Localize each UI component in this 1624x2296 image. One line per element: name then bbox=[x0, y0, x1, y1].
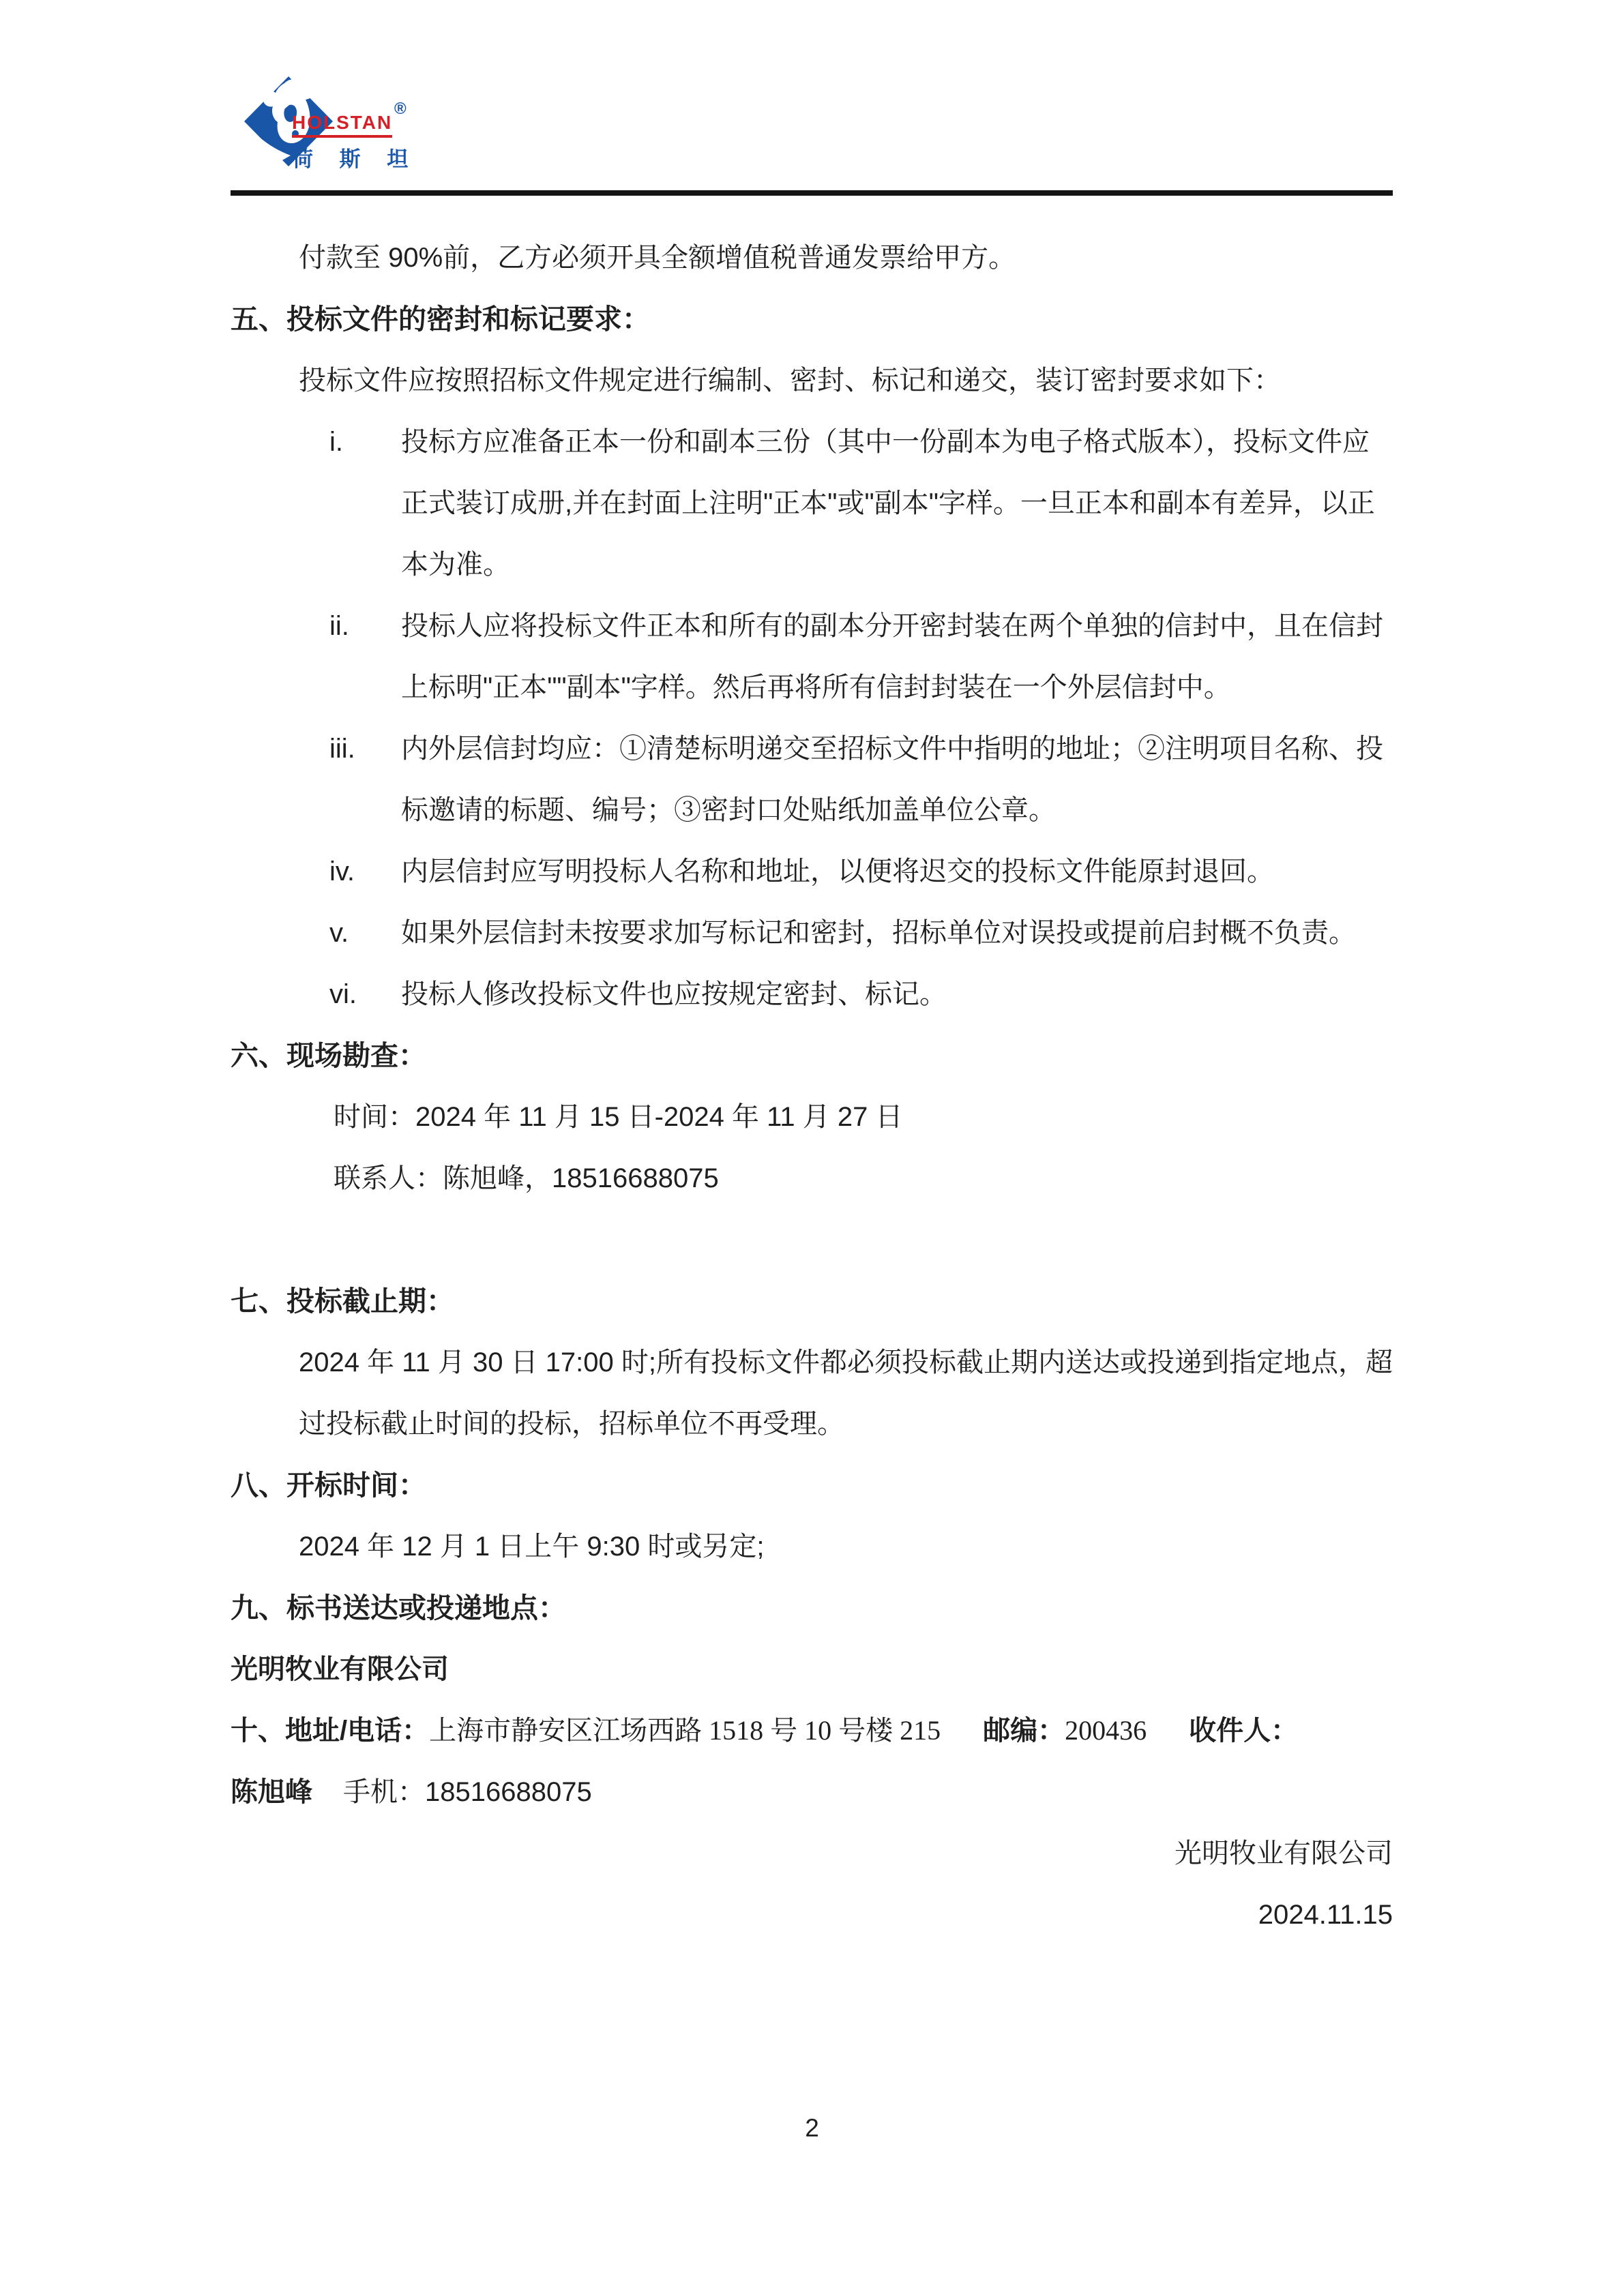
section7-heading: 七、投标截止期： bbox=[231, 1270, 1393, 1332]
intro-paragraph: 付款至 90%前，乙方必须开具全额增值税普通发票给甲方。 bbox=[231, 227, 1393, 288]
zip-value: 200436 bbox=[1065, 1715, 1147, 1746]
registered-trademark-icon: ® bbox=[394, 100, 407, 119]
list-item: iii. 内外层信封均应：①清楚标明递交至招标文件中指明的地址；②注明项目名称、… bbox=[231, 718, 1393, 841]
list-item-text: 投标方应准备正本一份和副本三份（其中一份副本为电子格式版本），投标文件应正式装订… bbox=[401, 411, 1393, 595]
brand-name-en: HOLSTAN bbox=[292, 112, 392, 138]
list-item-text: 如果外层信封未按要求加写标记和密封，招标单位对误投或提前启封概不负责。 bbox=[401, 902, 1393, 964]
holstan-logo: HOLSTAN ® 荷 斯 坦 bbox=[241, 74, 535, 173]
brand-name-zh: 荷 斯 坦 bbox=[292, 142, 497, 173]
blank-line bbox=[231, 1209, 1393, 1270]
list-item: iv. 内层信封应写明投标人名称和地址，以便将迟交的投标文件能原封退回。 bbox=[231, 841, 1393, 902]
section9-heading: 九、标书送达或投递地点： bbox=[231, 1577, 1393, 1639]
list-item: i. 投标方应准备正本一份和副本三份（其中一份副本为电子格式版本），投标文件应正… bbox=[231, 411, 1393, 595]
list-item-number: v. bbox=[231, 902, 401, 964]
section10-label: 十、地址/电话： bbox=[231, 1716, 429, 1746]
list-item-number: i. bbox=[231, 411, 401, 595]
section8-body: 2024 年 12 月 1 日上午 9:30 时或另定; bbox=[231, 1516, 1393, 1577]
list-item-number: ii. bbox=[231, 595, 401, 718]
list-item-text: 内外层信封均应：①清楚标明递交至招标文件中指明的地址；②注明项目名称、投标邀请的… bbox=[401, 718, 1393, 841]
recipient-label: 收件人： bbox=[1189, 1716, 1298, 1746]
logo-text: HOLSTAN ® 荷 斯 坦 bbox=[292, 112, 497, 173]
section10-address-line: 十、地址/电话：上海市静安区江场西路 1518 号 10 号楼 215邮编：20… bbox=[231, 1700, 1393, 1761]
signature-date: 2024.11.15 bbox=[231, 1884, 1393, 1945]
signature-company: 光明牧业有限公司 bbox=[231, 1823, 1393, 1884]
section9-company: 光明牧业有限公司 bbox=[231, 1639, 1393, 1700]
page-header: HOLSTAN ® 荷 斯 坦 bbox=[231, 0, 1393, 196]
section7-body: 2024 年 11 月 30 日 17:00 时;所有投标文件都必须投标截止期内… bbox=[231, 1332, 1393, 1455]
document-body: 付款至 90%前，乙方必须开具全额增值税普通发票给甲方。 五、投标文件的密封和标… bbox=[231, 196, 1393, 1945]
list-item-text: 投标人修改投标文件也应按规定密封、标记。 bbox=[401, 964, 1393, 1025]
section10-contact-line: 陈旭峰手机：18516688075 bbox=[231, 1761, 1393, 1823]
section6-heading: 六、现场勘查： bbox=[231, 1025, 1393, 1086]
list-item: v. 如果外层信封未按要求加写标记和密封，招标单位对误投或提前启封概不负责。 bbox=[231, 902, 1393, 964]
section6-time: 时间：2024 年 11 月 15 日-2024 年 11 月 27 日 bbox=[231, 1086, 1393, 1148]
list-item-number: iii. bbox=[231, 718, 401, 841]
list-item-text: 内层信封应写明投标人名称和地址，以便将迟交的投标文件能原封退回。 bbox=[401, 841, 1393, 902]
list-item-number: iv. bbox=[231, 841, 401, 902]
section5-intro: 投标文件应按照招标文件规定进行编制、密封、标记和递交，装订密封要求如下： bbox=[231, 350, 1393, 411]
mobile-label: 手机： bbox=[343, 1777, 425, 1807]
section10-address: 上海市静安区江场西路 1518 号 10 号楼 215 bbox=[429, 1715, 941, 1746]
mobile-value: 18516688075 bbox=[425, 1777, 592, 1807]
section6-contact: 联系人：陈旭峰，18516688075 bbox=[231, 1148, 1393, 1209]
page-number: 2 bbox=[0, 2114, 1624, 2143]
list-item: vi. 投标人修改投标文件也应按规定密封、标记。 bbox=[231, 964, 1393, 1025]
recipient-name: 陈旭峰 bbox=[231, 1777, 312, 1807]
section8-heading: 八、开标时间： bbox=[231, 1455, 1393, 1516]
document-page: HOLSTAN ® 荷 斯 坦 付款至 90%前，乙方必须开具全额增值税普通发票… bbox=[0, 0, 1624, 2296]
section5-heading: 五、投标文件的密封和标记要求： bbox=[231, 288, 1393, 350]
list-item-number: vi. bbox=[231, 964, 401, 1025]
list-item-text: 投标人应将投标文件正本和所有的副本分开密封装在两个单独的信封中，且在信封上标明"… bbox=[401, 595, 1393, 718]
zip-label: 邮编： bbox=[983, 1716, 1065, 1746]
list-item: ii. 投标人应将投标文件正本和所有的副本分开密封装在两个单独的信封中，且在信封… bbox=[231, 595, 1393, 718]
